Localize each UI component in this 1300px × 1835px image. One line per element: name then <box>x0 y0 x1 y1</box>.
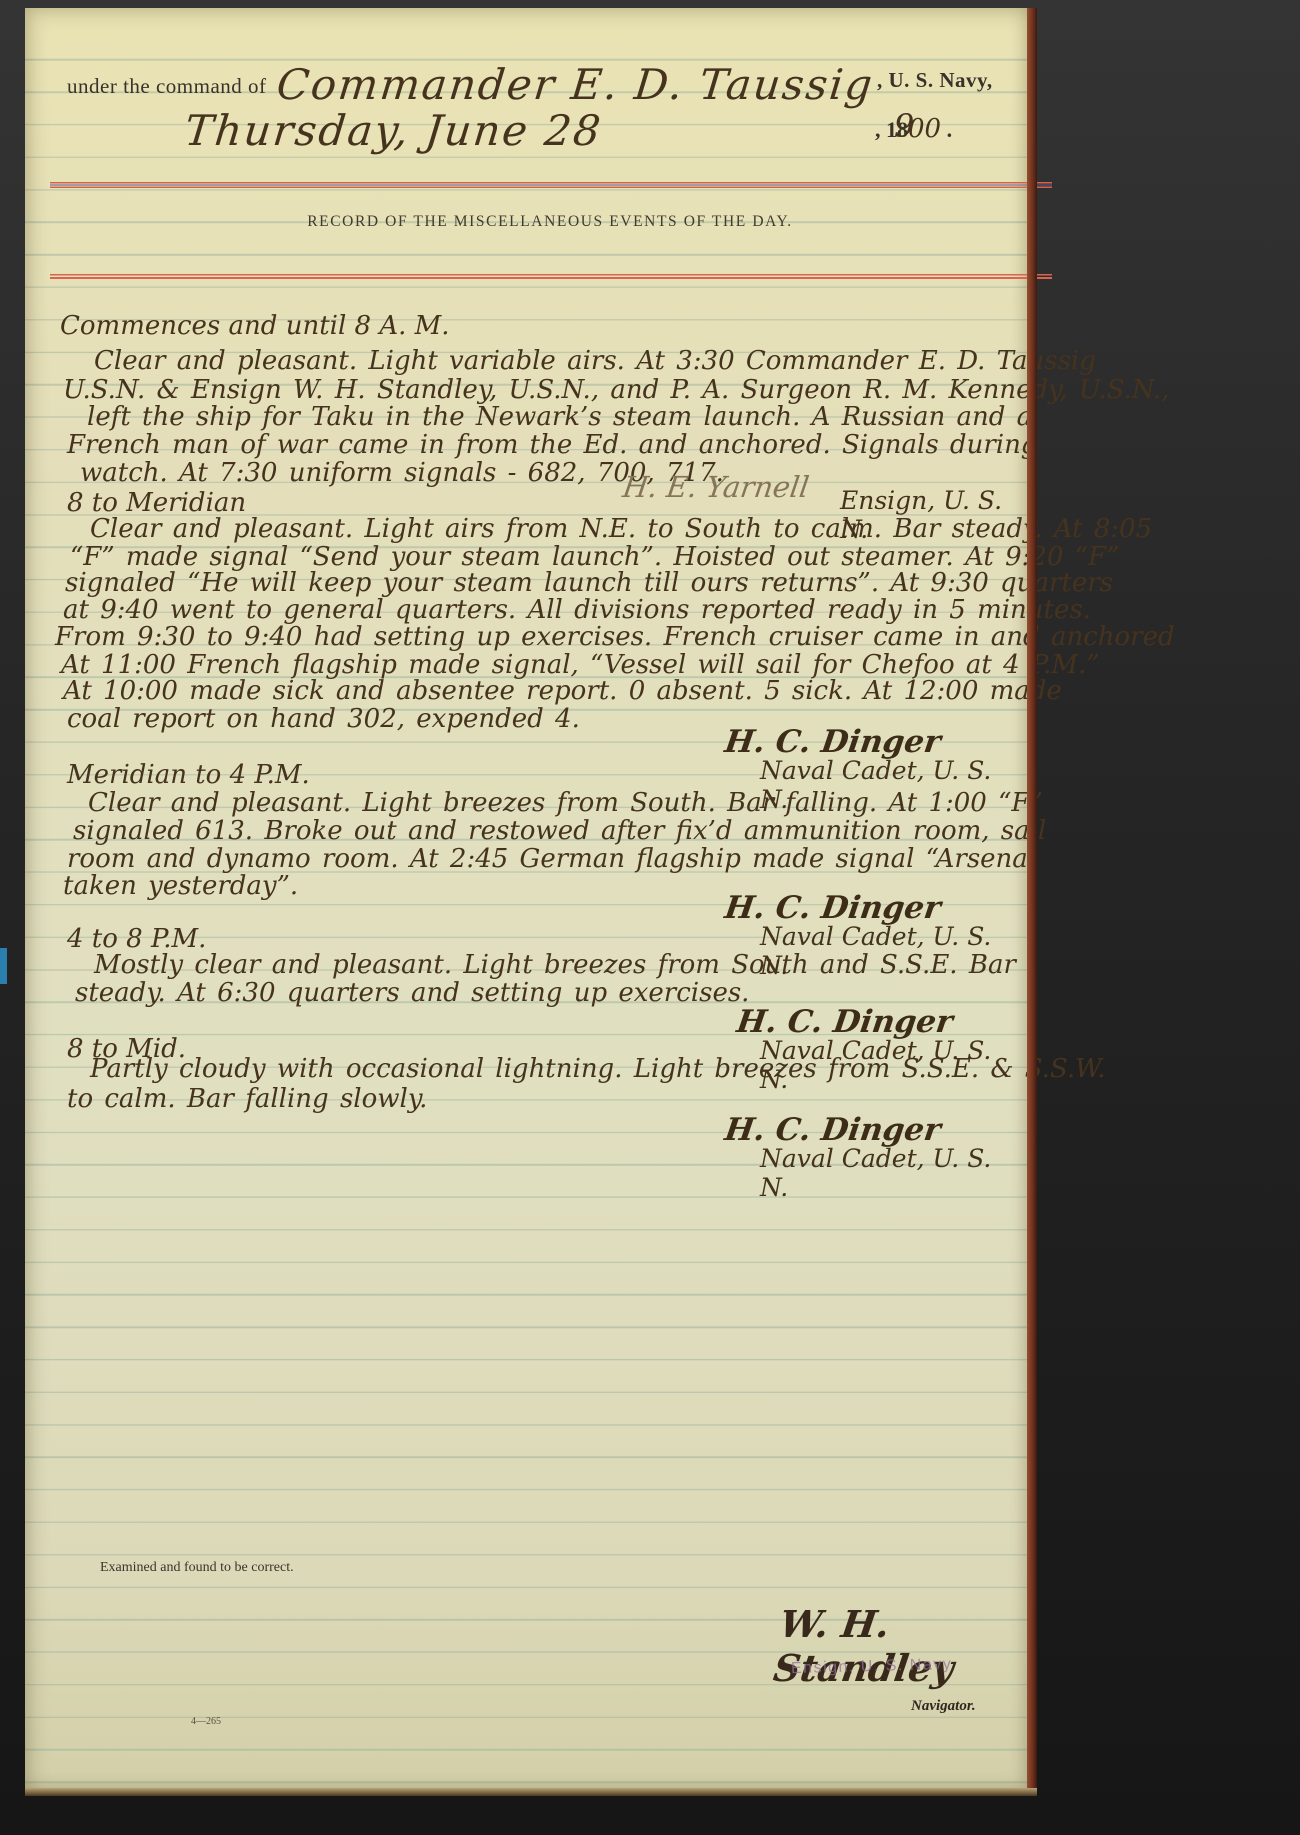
log-line: Clear and pleasant. Light variable airs.… <box>80 348 1055 374</box>
year-field: , 18900 . <box>875 114 952 144</box>
double-red-rule-bottom <box>50 274 1052 279</box>
printed-command-prefix: under the command of <box>67 74 267 99</box>
log-line: steady. At 6:30 quarters and setting up … <box>75 980 1050 1006</box>
signature-title: Naval Cadet, U. S. N. <box>760 1144 1027 1202</box>
signature-hc-dinger: H. C. Dinger <box>722 890 943 926</box>
year-period: . <box>941 117 952 142</box>
log-line: watch. At 7:30 uniform signals - 682, 70… <box>80 460 1055 486</box>
log-line: Clear and pleasant. Light breezes from S… <box>80 790 1055 816</box>
double-red-rule-top <box>50 182 1052 188</box>
log-line: French man of war came in from the Ed. a… <box>67 432 1042 458</box>
navigator-label: Navigator. <box>911 1698 976 1715</box>
log-line: Clear and pleasant. Light airs from N.E.… <box>80 516 1055 542</box>
watch-section-heading: Meridian to 4 P.M. <box>67 760 310 790</box>
log-line: to calm. Bar falling slowly. <box>67 1086 1042 1112</box>
commander-name-handwriting: Commander E. D. Taussig <box>274 60 876 109</box>
log-line: signaled “He will keep your steam launch… <box>65 570 1040 596</box>
log-line: “F” made signal “Send your steam launch”… <box>70 544 1045 570</box>
signature-hc-dinger: H. C. Dinger <box>722 724 943 760</box>
year-overwrite-digit: 9 <box>894 107 914 145</box>
log-line: At 10:00 made sick and absentee report. … <box>63 678 1038 704</box>
form-number: 4—265 <box>191 1716 221 1727</box>
signature-hc-dinger: H. C. Dinger <box>722 1112 943 1148</box>
logbook-paper: under the command of Commander E. D. Tau… <box>25 8 1027 1792</box>
log-line: Mostly clear and pleasant. Light breezes… <box>80 952 1055 978</box>
examined-note: Examined and found to be correct. <box>100 1560 294 1576</box>
us-navy-label: , U. S. Navy, <box>877 68 993 93</box>
officer-signature-yarnell: H. E. Yarnell <box>621 470 812 504</box>
date-handwriting: Thursday, June 28 <box>182 106 604 155</box>
log-line: left the ship for Taku in the Newark’s s… <box>87 404 1062 430</box>
log-line: at 9:40 went to general quarters. All di… <box>63 597 1038 623</box>
book-binding-edge <box>1027 8 1037 1792</box>
watch-section-heading: Commences and until 8 A. M. <box>60 311 450 341</box>
scan-artifact <box>0 948 7 984</box>
record-title: RECORD OF THE MISCELLANEOUS EVENTS OF TH… <box>50 213 1050 231</box>
signature-hc-dinger: H. C. Dinger <box>734 1004 955 1040</box>
log-line: U.S.N. & Ensign W. H. Standley, U.S.N., … <box>63 377 1038 403</box>
log-line: Partly cloudy with occasional lightning.… <box>80 1056 1055 1082</box>
log-line: signaled 613. Broke out and restowed aft… <box>73 818 1048 844</box>
log-line: From 9:30 to 9:40 had setting up exercis… <box>55 624 1030 650</box>
log-line: room and dynamo room. At 2:45 German fla… <box>67 846 1042 872</box>
page-bottom-edge <box>25 1788 1037 1796</box>
scanned-logbook-page: under the command of Commander E. D. Tau… <box>0 0 1300 1835</box>
log-line: At 11:00 French flagship made signal, “V… <box>61 652 1036 678</box>
